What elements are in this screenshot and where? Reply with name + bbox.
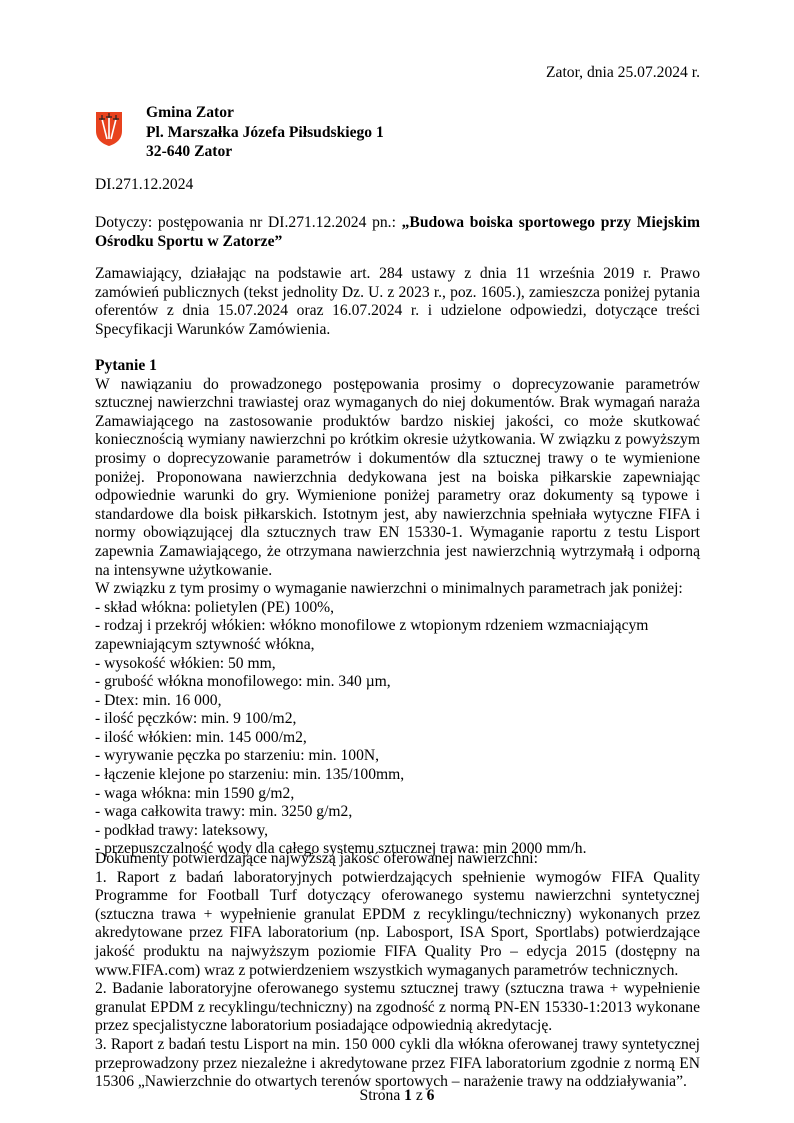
subject-prefix: Dotyczy: postępowania nr DI.271.12.2024 … bbox=[95, 214, 402, 231]
sender-street: Pl. Marszałka Józefa Piłsudskiego 1 bbox=[146, 123, 384, 143]
parameter-item: - ilość włókien: min. 145 000/m2, bbox=[95, 729, 700, 748]
parameter-item: - rodzaj i przekrój włókien: włókno mono… bbox=[95, 617, 655, 654]
documents-intro: Dokumenty potwierdzające najwyższą jakoś… bbox=[95, 850, 700, 869]
sender-address: Gmina Zator Pl. Marszałka Józefa Piłsuds… bbox=[146, 103, 384, 162]
intro-paragraph: Zamawiający, działając na podstawie art.… bbox=[95, 265, 700, 339]
parameter-item: - wyrywanie pęczka po starzeniu: min. 10… bbox=[95, 747, 700, 766]
parameter-item: - waga włókna: min 1590 g/m2, bbox=[95, 785, 700, 804]
parameter-item: - grubość włókna monofilowego: min. 340 … bbox=[95, 673, 700, 692]
sender-city: 32-640 Zator bbox=[146, 142, 384, 162]
parameter-item: - łączenie klejone po starzeniu: min. 13… bbox=[95, 766, 700, 785]
question-paragraph: W nawiązaniu do prowadzonego postępowani… bbox=[95, 376, 700, 581]
document-item: 2. Badanie laboratoryjne oferowanego sys… bbox=[95, 980, 700, 1036]
page-sep: z bbox=[412, 1087, 427, 1104]
place-date: Zator, dnia 25.07.2024 r. bbox=[95, 63, 700, 83]
parameter-item: - podkład trawy: lateksowy, bbox=[95, 822, 700, 841]
parameters-intro: W związku z tym prosimy o wymaganie nawi… bbox=[95, 580, 700, 599]
documents-section: Dokumenty potwierdzające najwyższą jakoś… bbox=[95, 850, 700, 1092]
subject: Dotyczy: postępowania nr DI.271.12.2024 … bbox=[95, 214, 700, 251]
reference-number: DI.271.12.2024 bbox=[95, 176, 700, 195]
parameter-item: - ilość pęczków: min. 9 100/m2, bbox=[95, 710, 700, 729]
parameter-item: - waga całkowita trawy: min. 3250 g/m2, bbox=[95, 803, 700, 822]
document-item: 3. Raport z badań testu Lisport na min. … bbox=[95, 1036, 700, 1092]
page-footer: Strona 1 z 6 bbox=[0, 1086, 794, 1106]
question-1: Pytanie 1 W nawiązaniu do prowadzonego p… bbox=[95, 357, 700, 859]
coat-of-arms-icon bbox=[95, 111, 123, 147]
document-item: 1. Raport z badań laboratoryjnych potwie… bbox=[95, 869, 700, 981]
parameter-item: - Dtex: min. 16 000, bbox=[95, 692, 700, 711]
parameters-list: - skład włókna: polietylen (PE) 100%, - … bbox=[95, 599, 700, 859]
parameter-item: - wysokość włókien: 50 mm, bbox=[95, 655, 700, 674]
parameter-item: - skład włókna: polietylen (PE) 100%, bbox=[95, 599, 700, 618]
page-label: Strona bbox=[360, 1087, 405, 1104]
sender-name: Gmina Zator bbox=[146, 103, 384, 123]
current-page: 1 bbox=[404, 1087, 412, 1104]
total-pages: 6 bbox=[427, 1087, 435, 1104]
question-heading: Pytanie 1 bbox=[95, 357, 700, 376]
